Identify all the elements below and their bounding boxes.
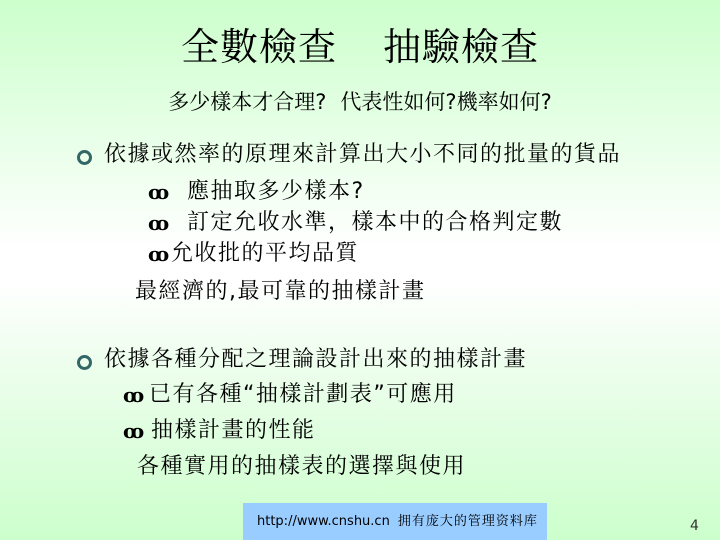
bullet-1-text: 依據或然率的原理來計算出大小不同的批量的貨品 bbox=[104, 142, 621, 168]
sub-bullet-icon: ꝏ bbox=[148, 210, 169, 236]
title-full-inspection: 全數檢查 bbox=[181, 25, 337, 69]
subtitle-question-1: 多少樣本才合理? bbox=[168, 90, 326, 114]
sub-bullet-icon: ꝏ bbox=[148, 179, 169, 205]
sub-bullet-icon: ꝏ bbox=[123, 418, 144, 444]
slide-title: 全數檢查抽驗檢查 bbox=[0, 24, 720, 70]
bullet-1-conclusion: 最經濟的,最可靠的抽樣計畫 bbox=[135, 279, 426, 305]
bullet-2-text: 依據各種分配之理論設計出來的抽樣計畫 bbox=[104, 347, 527, 373]
bullet-2-sub-item-2: 抽樣計畫的性能 bbox=[151, 418, 316, 444]
bullet-circle-icon bbox=[77, 355, 92, 370]
footer-tagline: 拥有庞大的管理资料库 bbox=[398, 514, 538, 529]
bullet-circle-icon bbox=[77, 150, 92, 165]
subtitle-question-2: 代表性如何? bbox=[340, 90, 456, 114]
sub-bullet-icon: ꝏ bbox=[123, 382, 144, 408]
footer-url-link[interactable]: http://www.cnshu.cn bbox=[257, 514, 390, 529]
bullet-2-conclusion: 各種實用的抽樣表的選擇與使用 bbox=[137, 454, 466, 480]
bullet-1-sub-item-3: 允收批的平均品質 bbox=[171, 241, 359, 267]
footer-banner: http://www.cnshu.cn拥有庞大的管理资料库 bbox=[243, 503, 547, 540]
title-sampling-inspection: 抽驗檢查 bbox=[383, 25, 539, 69]
subtitle-question-3: 機率如何? bbox=[457, 90, 552, 114]
sub-bullet-icon: ꝏ bbox=[148, 241, 169, 267]
bullet-2-sub-item-1: 已有各種“抽樣計劃表”可應用 bbox=[149, 382, 457, 408]
bullet-1-sub-item-1: 應抽取多少樣本? bbox=[187, 179, 365, 205]
bullet-1-sub-item-2: 訂定允收水準，樣本中的合格判定數 bbox=[187, 210, 563, 236]
page-number: 4 bbox=[690, 518, 699, 534]
slide-subtitle: 多少樣本才合理?代表性如何?機率如何? bbox=[0, 88, 720, 116]
